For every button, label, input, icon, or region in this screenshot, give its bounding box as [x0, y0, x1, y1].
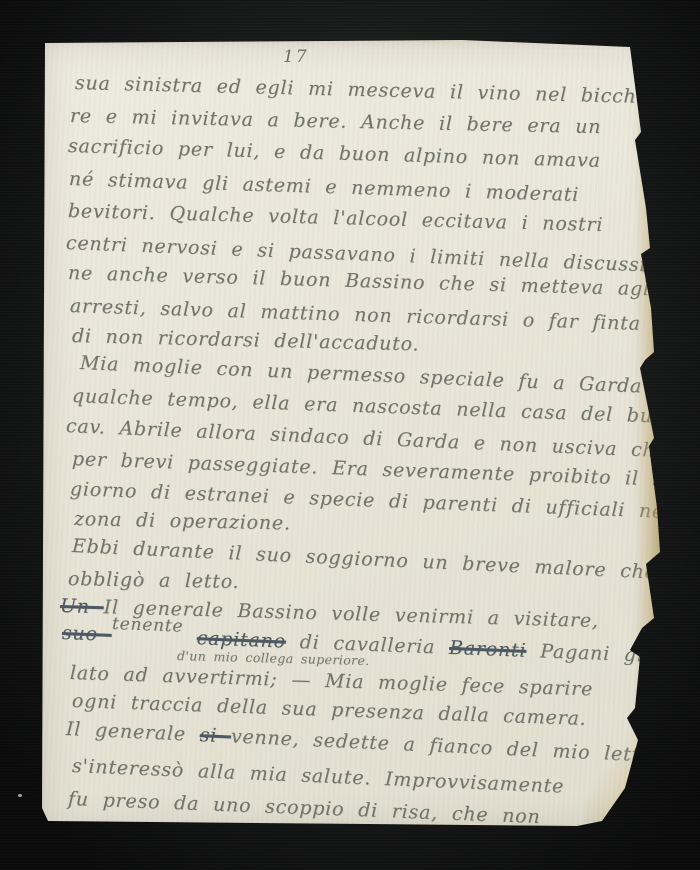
handwritten-line: sua sinistra ed egli mi mesceva il vino … [75, 72, 656, 108]
handwritten-line: suo tenente capitano di cavalleria Baron… [62, 622, 700, 671]
handwritten-line: sacrificio per lui, e da buon alpino non… [68, 135, 601, 172]
text-segment: né stimava gli astemi e nemmeno i modera… [69, 168, 580, 206]
text-segment: venne, sedette a fianco del mio letto [231, 726, 653, 767]
text-segment: bevitori. Qualche volta l'alcool eccitav… [68, 200, 604, 236]
manuscript-page: 17 sua sinistra ed egli mi mesceva il vi… [42, 40, 660, 830]
struck-text: Un [60, 595, 104, 618]
struck-text: si [199, 724, 231, 747]
fox-stain [642, 266, 651, 273]
handwritten-line: re e mi invitava a bere. Anche il bere e… [70, 105, 602, 138]
torn-edge-tint [634, 40, 660, 830]
dark-fabric-background: 17 sua sinistra ed egli mi mesceva il vi… [0, 0, 700, 870]
text-segment: Il generale [66, 718, 201, 746]
handwritten-line: obbligò a letto. [68, 568, 240, 593]
text-segment: sua sinistra ed egli mi mesceva il vino … [75, 72, 656, 108]
photographed-manuscript: { "colors": { "cover_fabric": "#1c1e1d",… [0, 0, 700, 870]
struck-text: suo [62, 622, 112, 646]
handwritten-line: di non ricordarsi dell'accaduto. [72, 325, 420, 355]
text-segment: Pagani giunse trafe [526, 640, 700, 671]
fox-stain-small [648, 278, 652, 282]
handwritten-line: bevitori. Qualche volta l'alcool eccitav… [68, 200, 604, 236]
page-number: 17 [283, 47, 309, 67]
text-segment: sacrificio per lui, e da buon alpino non… [68, 135, 601, 172]
text-segment [183, 627, 198, 650]
inserted-text: tenente [112, 614, 184, 637]
struck-text: Baronti [449, 637, 527, 662]
torn-corner-tint [584, 712, 654, 822]
dust-speck [18, 794, 22, 797]
text-segment: re e mi invitava a bere. Anche il bere e… [70, 105, 602, 138]
text-segment: fu preso da uno scoppio di risa, che non [68, 788, 541, 828]
text-segment: zona di operazione. [74, 508, 291, 535]
text-segment: obbligò a letto. [68, 568, 240, 593]
handwritten-line: né stimava gli astemi e nemmeno i modera… [69, 168, 580, 206]
text-segment: di non ricordarsi dell'accaduto. [72, 325, 420, 355]
handwritten-line: zona di operazione. [74, 508, 291, 535]
handwritten-line: fu preso da uno scoppio di risa, che non [68, 788, 541, 828]
